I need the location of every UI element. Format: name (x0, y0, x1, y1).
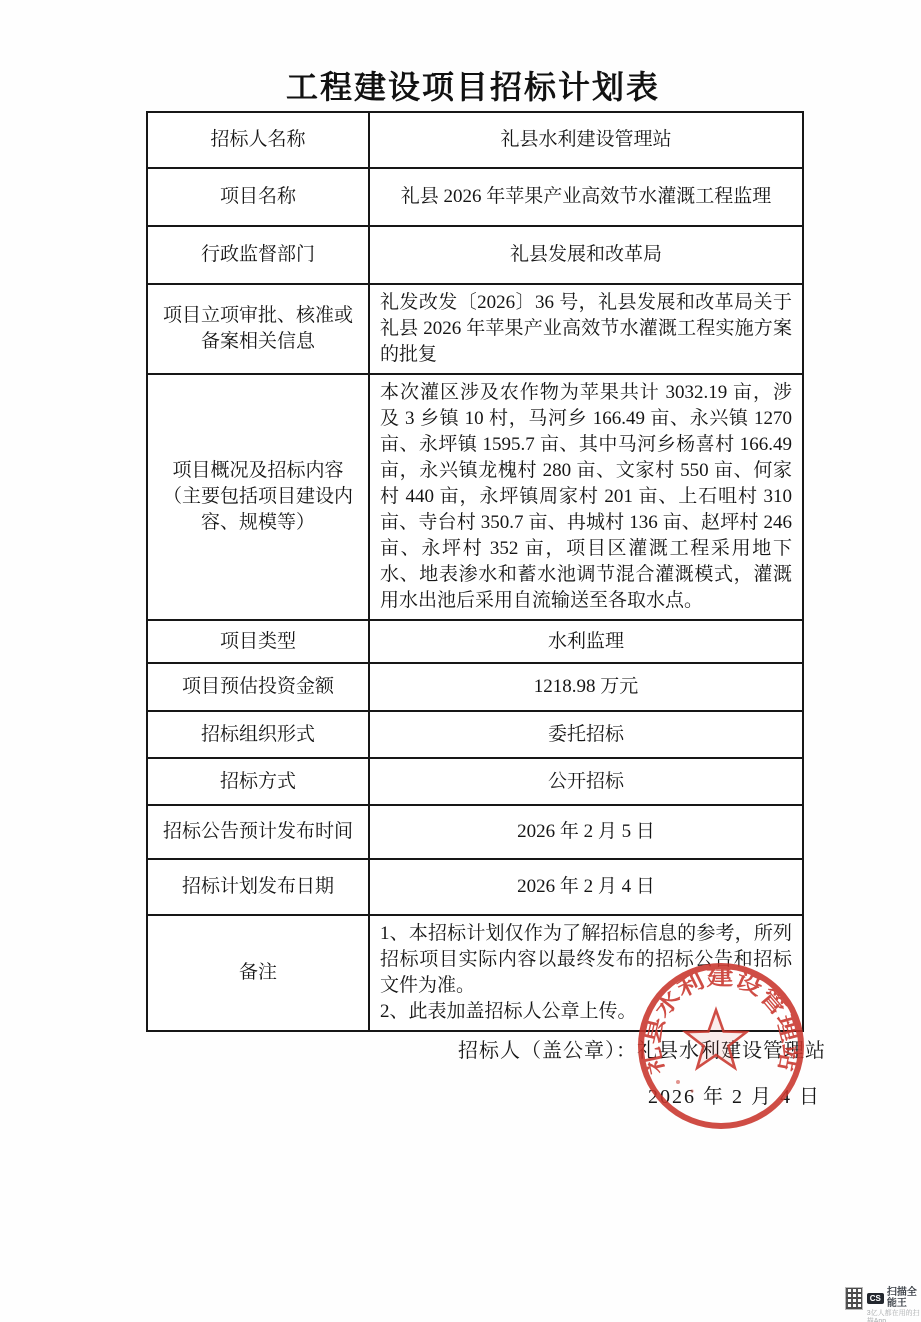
table-row: 备注 1、本招标计划仅作为了解招标信息的参考，所列招标项目实际内容以最终发布的招… (147, 915, 803, 1031)
row-value: 本次灌区涉及农作物为苹果共计 3032.19 亩，涉及 3 乡镇 10 村，马河… (369, 374, 803, 620)
row-label: 项目类型 (147, 620, 369, 663)
table-row: 项目预估投资金额 1218.98 万元 (147, 663, 803, 711)
row-label: 招标方式 (147, 758, 369, 805)
row-value: 礼发改发〔2026〕36 号，礼县发展和改革局关于礼县 2026 年苹果产业高效… (369, 284, 803, 374)
cs-logo-icon: CS (867, 1293, 884, 1304)
row-value: 委托招标 (369, 711, 803, 758)
row-label: 项目名称 (147, 168, 369, 226)
scanner-watermark: CS 扫描全能王 3亿人都在用的扫描App (845, 1287, 921, 1322)
scanned-document-page: 工程建设项目招标计划表 招标人名称 礼县水利建设管理站 项目名称 礼县 2026… (0, 0, 921, 1322)
table-row: 招标计划发布日期 2026 年 2 月 4 日 (147, 859, 803, 915)
row-value: 1218.98 万元 (369, 663, 803, 711)
table-row: 项目概况及招标内容（主要包括项目建设内容、规模等） 本次灌区涉及农作物为苹果共计… (147, 374, 803, 620)
row-label: 项目立项审批、核准或备案相关信息 (147, 284, 369, 374)
watermark-app-name: 扫描全能王 (887, 1287, 921, 1309)
row-label: 备注 (147, 915, 369, 1031)
table-row: 招标方式 公开招标 (147, 758, 803, 805)
row-value: 礼县发展和改革局 (369, 226, 803, 284)
row-label: 行政监督部门 (147, 226, 369, 284)
row-value: 公开招标 (369, 758, 803, 805)
table-row: 招标公告预计发布时间 2026 年 2 月 5 日 (147, 805, 803, 859)
bidding-plan-table: 招标人名称 礼县水利建设管理站 项目名称 礼县 2026 年苹果产业高效节水灌溉… (146, 111, 804, 1032)
row-value: 礼县 2026 年苹果产业高效节水灌溉工程监理 (369, 168, 803, 226)
row-label: 招标人名称 (147, 112, 369, 168)
signature-date: 2026 年 2 月 4 日 (648, 1080, 821, 1109)
table-row: 行政监督部门 礼县发展和改革局 (147, 226, 803, 284)
signature-line: 招标人（盖公章）：礼县水利建设管理站 (458, 1034, 826, 1063)
row-label: 项目预估投资金额 (147, 663, 369, 711)
watermark-tagline: 3亿人都在用的扫描App (867, 1310, 921, 1322)
table-row: 项目类型 水利监理 (147, 620, 803, 663)
row-value: 水利监理 (369, 620, 803, 663)
row-label: 项目概况及招标内容（主要包括项目建设内容、规模等） (147, 374, 369, 620)
row-value: 1、本招标计划仅作为了解招标信息的参考，所列招标项目实际内容以最终发布的招标公告… (369, 915, 803, 1031)
row-value: 2026 年 2 月 4 日 (369, 859, 803, 915)
table-row: 项目名称 礼县 2026 年苹果产业高效节水灌溉工程监理 (147, 168, 803, 226)
table-row: 招标人名称 礼县水利建设管理站 (147, 112, 803, 168)
row-label: 招标计划发布日期 (147, 859, 369, 915)
row-value: 2026 年 2 月 5 日 (369, 805, 803, 859)
table-row: 项目立项审批、核准或备案相关信息 礼发改发〔2026〕36 号，礼县发展和改革局… (147, 284, 803, 374)
row-value: 礼县水利建设管理站 (369, 112, 803, 168)
row-label: 招标组织形式 (147, 711, 369, 758)
page-title: 工程建设项目招标计划表 (146, 62, 800, 108)
qr-code-icon (845, 1287, 863, 1310)
table-row: 招标组织形式 委托招标 (147, 711, 803, 758)
row-label: 招标公告预计发布时间 (147, 805, 369, 859)
